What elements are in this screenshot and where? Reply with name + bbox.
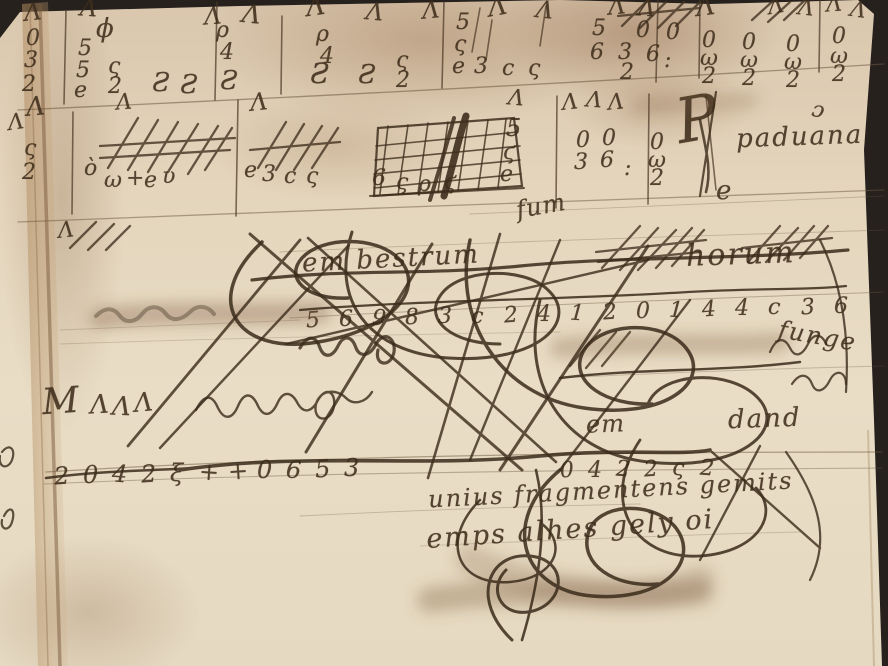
scribble-slashes — [128, 234, 847, 580]
scribble-layer — [0, 0, 888, 666]
ink-smudges — [100, 100, 780, 600]
manuscript-photo: paduana e ΛΛΛΛΛΛΛΛΛΛΛΛΛΛΛΛ03255eϕς2ƧƧρ4Ƨ… — [0, 0, 888, 666]
